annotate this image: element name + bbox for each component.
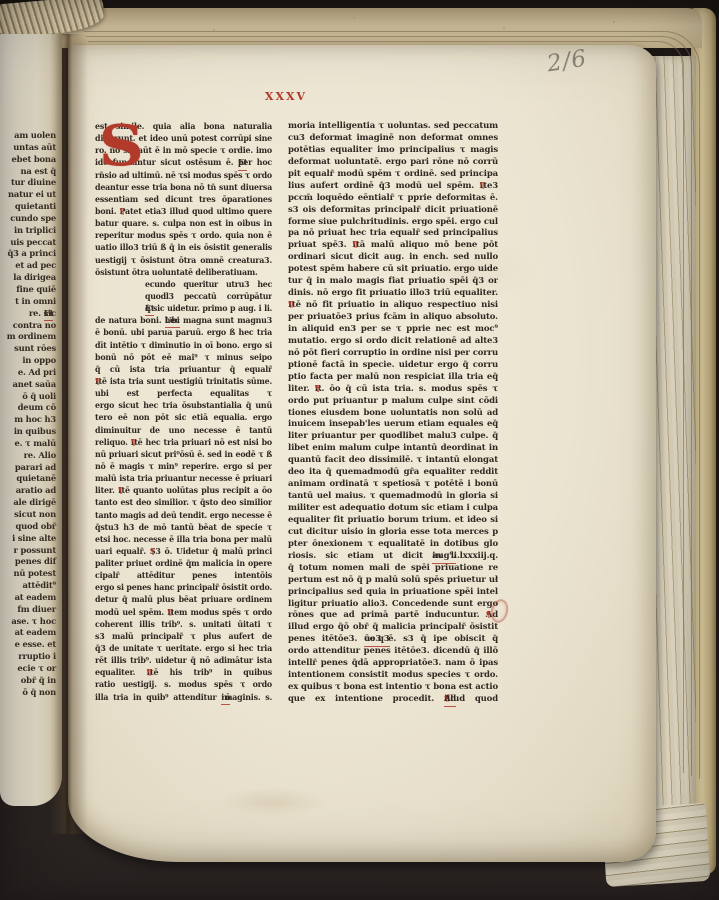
text-line: illa tria in quib⁹ attenditur rō imagini… [95,692,272,704]
text-line: ordo put priuantur p malum culpe sint cō… [288,396,498,408]
text-line: ex quibus τ bona est intentio τ bona est… [288,682,498,694]
text-line: fm diuer [0,604,56,616]
left-column-dropcap-lines: ecundo queritur utru3 hec tria perquodl3… [95,279,272,315]
text-line: paliter priuet ordinē q̄m malicia in ope… [95,558,272,570]
text-line: ecundo queritur utru3 hec tria per [95,279,272,291]
text-line: intellr̄ penes q̄dā appropriatōe3. nam ō… [288,658,498,670]
text-line: bonū nō pōt eē mai⁹ τ minus seipo necess… [95,352,272,364]
text-line: pccm̄ loquēdo eēntialr̄ τ pprie deformit… [288,193,498,205]
text-line: i sine alte [0,533,56,545]
text-line: riosis. sic etiam ut dicit aug⁹. in li.l… [288,551,498,563]
text-line: tanto magis ad deū tendit. ergo necesse … [95,510,272,522]
text-line: que ex intentione procedit. ¶ Ad illud q… [288,694,498,706]
text-line: ergo si penes hanc principalr̄ ōsistit o… [95,582,272,594]
text-line: cut dicitur uisio in gloria esse tota me… [288,527,498,539]
text-line: priuat spē3. ¶ Itā malū aliquo mō bene p… [288,240,498,252]
text-line: ergo sicut hec tria ōsubstantialia q̄ un… [95,400,272,412]
text-line: lius aufert ordinē q̄3 modū uel spēm. ¶ … [288,181,498,193]
text-line: dīt intētio τ diminutio in oī bono. ergo… [95,340,272,352]
text-line: contra no [0,320,56,332]
text-line: ptio facta per malū non respiciat illa t… [288,372,498,384]
text-line: nū priuari sicut pri⁰ōsū ē. sed in eodē … [95,449,272,461]
text-line: pit equalr̄ modū spēm τ ordinē. sed prin… [288,169,498,181]
text-line: r possunt [0,545,56,557]
text-line: rōnes que ad primā partē inducuntur. ¶ A… [288,610,498,622]
text-line: quantū facit deo dissimilē. τ intantū el… [288,455,498,467]
text-line: la dirigea [0,272,56,284]
text-line: sicut non [0,509,56,521]
text-line: illud ergo q̄ō obr̄ q̄ malicia principal… [288,622,498,634]
text-line: aratio ad [0,485,56,497]
text-line: reliquo. ¶ Itē hec tria priuari nō est n… [95,437,272,449]
text-line: q̄stu3 h3 de mō tantū bēat de specie τ o… [95,522,272,534]
text-line: tur q̄ in malo magis fiat priuatio spēi … [288,276,498,288]
text-line: quietanti [0,201,56,213]
text-line: detur q̄ malū plus bēat priuare ordinem … [95,594,272,606]
text-line: ē bonū. ubi parua paruū. ergo ß hec tria… [95,327,272,339]
text-line: forme siue pulchritudinis. ergo spēi. er… [288,217,498,229]
text-line: liter. ¶ R. ōo q̄ cū ista tria. s. modus… [288,384,498,396]
text-line: penes dif [0,556,56,568]
book-photo: am uolenuntas aūtebet bonana est q̄tur d… [0,0,719,900]
text-line: per priuatōe3 prius fcām in aliquo absol… [288,312,498,324]
text-line: de natura boni. Ubi hec magna sunt magnu… [95,315,272,327]
text-line: e. τ malū [0,438,56,450]
facing-page-sliver: am uolenuntas aūtebet bonana est q̄tur d… [0,34,62,806]
text-line: militer est adequatio dotum sic etiam i … [288,503,498,515]
text-line: etsi hoc. necesse ē illa tria bona per m… [95,534,272,546]
text-line: deo ita q̄ quemadmodū gr̄a equaliter red… [288,467,498,479]
text-line: potest spēm habere cū sit priuatio. ergo… [288,264,498,276]
text-line: ale dirigē [0,497,56,509]
text-line: e. Ad pri [0,367,56,379]
paper-stain [218,787,328,817]
text-line: ō q̄ uoli [0,391,56,403]
text-line: anet saūa [0,379,56,391]
text-line: ecie τ or [0,663,56,675]
text-line: tur diuine [0,177,56,189]
text-line: animam ordinatā τ spetiosā τ potētē i bo… [288,479,498,491]
facing-page-fragments: am uolenuntas aūtebet bonana est q̄tur d… [0,130,56,699]
text-line: malū ista tria priuantur necesse ē priua… [95,473,272,485]
text-line: s3 malū principalr̄ τ plus aufert de bon… [95,631,272,643]
text-line: deantur esse tria bona nō tn̄ sunt diuer… [95,182,272,194]
text-line: intentionem consistit modus species τ or… [288,670,498,682]
text-line: moria intelligentia τ uoluntas. sed pecc… [288,121,498,133]
left-column-block2: de natura boni. Ubi hec magna sunt magnu… [95,315,272,704]
text-line: q̄3 a princi [0,248,56,260]
text-line: pa nō priuat hec tria equalr̄ sed princi… [288,228,498,240]
text-line: m ordinem [0,331,56,343]
text-line: am uolen [0,130,56,142]
text-line: ¶ Itē nō fit priuatio in aliquo respecti… [288,300,498,312]
text-line: uatio illo3 triū ß q̄ in eis ōsistit gen… [95,242,272,254]
text-line: mutatio. ergo si ordo dicit relationē ad… [288,336,498,348]
text-line: deum cō [0,402,56,414]
text-line: natur ei ut [0,189,56,201]
text-line: ebet bona [0,154,56,166]
text-line: batur quare. s. culpa non est in oibus i… [95,218,272,230]
text-line: sunt rōes [0,343,56,355]
text-line: quodl3 peccatū corrūpātur equalr̄. [95,291,272,303]
text-line: q̄ cū ista tria priuantur q̄ equalr̄ pri… [95,364,272,376]
text-line: at eadem [0,627,56,639]
text-line: liter. ¶ Itē quanto uolūtas plus recipit… [95,485,272,497]
text-line: ptionē factā in specie. uidetur ergo q̄ … [288,360,498,372]
text-line: nō pōt fieri corruptio in ordine nisi pe… [288,348,498,360]
text-line: deformat uoluntatē. ergo pari rōne nō co… [288,157,498,169]
text-line: tiones eiusdem bone uoluntatis non solū … [288,408,498,420]
text-line: nū potest [0,568,56,580]
left-text-column: est simile. quia alia bona naturalia ess… [95,121,272,704]
text-line: q̄3 de unitate τ ueritate. ergo si hec t… [95,643,272,655]
text-line: in oppo [0,355,56,367]
text-line: cundo spe [0,213,56,225]
text-line: ligitur priuatio alio3. Concedende sunt … [288,599,498,611]
text-line: t in omni [0,296,56,308]
text-line: tanto est deo similior. τ q̄sto deo simi… [95,497,272,509]
text-line: uis peccat [0,237,56,249]
text-line: cu3 deformat imaginē non deformat omnes [288,133,498,145]
text-line: untas aūt [0,142,56,154]
text-line: ordinari sicut dicit aug. in ench. sed n… [288,252,498,264]
text-line: ordo attenditur penes itētōe3. dicendū q… [288,646,498,658]
text-line: coherent illis trib⁹. s. unitati ūitati … [95,619,272,631]
text-line: equaliter. ¶ Itē his trib⁹ in quibus att… [95,667,272,679]
text-line: fine quiē [0,284,56,296]
text-line: uari equalr̄. ¶ S3 ō. Uidetur q̄ malū pr… [95,546,272,558]
text-line: tero eē non pōt sic etiā equalia. ergo q… [95,412,272,424]
text-line: na est q̄ [0,166,56,178]
text-line: ¶ Itē ista tria sunt uestigiū trinitatis… [95,376,272,388]
text-line: ōsistunt ōtra uoluntatē deliberatiuam. [95,267,272,279]
text-line: ase. τ hoc [0,616,56,628]
text-line: boni. ¶ Patet etia3 illud quod ultimo qu… [95,206,272,218]
text-line: et ad pec [0,260,56,272]
text-line: modū uel spēm. ¶ Item modus spēs τ ordo [95,607,272,619]
text-line: ratio uestigij. s. modus spēs τ ordo coh… [95,679,272,691]
text-line: cipalr̄ attēditur penes intentōis deordi… [95,570,272,582]
right-text-column: moria intelligentia τ uoluntas. sed pecc… [288,121,498,706]
text-line: Et q̄ sic uidetur. primo p aug. i li. [95,303,272,315]
rubricated-initial-S: S [92,116,150,180]
text-line: in aliquid en3 per se τ pprie nec est mo… [288,324,498,336]
text-line: equaliter fit priuatio borum trium. et i… [288,515,498,527]
text-line: potētias equaliter imo principalius τ ma… [288,145,498,157]
text-line: in triplici [0,225,56,237]
text-line: quod obr̄ [0,521,56,533]
text-line: attēdit⁹ [0,580,56,592]
text-line: inuicem insepab'les uerum etiam equales … [288,419,498,431]
left-column-dropcap-block: S ecundo queritur utru3 hec tria perquod… [95,279,272,315]
text-line: dinis. nō ergo fit priuatio illo3 triū e… [288,288,498,300]
text-line: m hoc h3 [0,414,56,426]
text-line: at eadem [0,592,56,604]
text-line: e esse. et [0,639,56,651]
text-line: q̄ totum nomen mali de spēi priuatione r… [288,563,498,575]
text-line: principalius sed quia in priuatione spēi… [288,587,498,599]
text-line: pter ōnexionem τ equalitatē in dotibus g… [288,539,498,551]
text-line: nō ē magis τ min⁹ reperire. ergo si per … [95,461,272,473]
text-line: pertum est nō q̄ p malū solū spēs priuet… [288,575,498,587]
text-line: diminuitur de uno necesse ē tantū diminu… [95,425,272,437]
text-line: ō q̄ non [0,687,56,699]
text-line: s3 ois deformitas principalr̄ dicit priu… [288,205,498,217]
text-line: in quibus [0,426,56,438]
text-line: essentiam sed dicunt tres ōparationes ei… [95,194,272,206]
folio-number: xxxv [256,86,316,104]
text-line: tantū uel maius. τ quemadmodū in gloria … [288,491,498,503]
text-line: penes itētōe3. ōo q3 ue3 ē. s3 q̄ ipe ob… [288,634,498,646]
text-line: reperitur modus spēs τ ordo. quia non ē … [95,230,272,242]
text-line: re. Et sic [0,308,56,320]
text-line: parari ad [0,462,56,474]
text-line: re. Alio [0,450,56,462]
text-line: ubi est perfecta equalitas τ ōsubstantia… [95,388,272,400]
text-line: liter priuantur per quodlibet malu3 culp… [288,431,498,443]
text-line: uestigij τ ōsistunt ōtra omnē creatura3.… [95,255,272,267]
text-line: obr̄ q̄ in [0,675,56,687]
text-line: quietanē [0,473,56,485]
text-line: libet enim malum culpe intantū deordinat… [288,443,498,455]
text-line: rruptio i [0,651,56,663]
text-line: rēt illis trib⁹. uidetur q̄ nō adimātur … [95,655,272,667]
